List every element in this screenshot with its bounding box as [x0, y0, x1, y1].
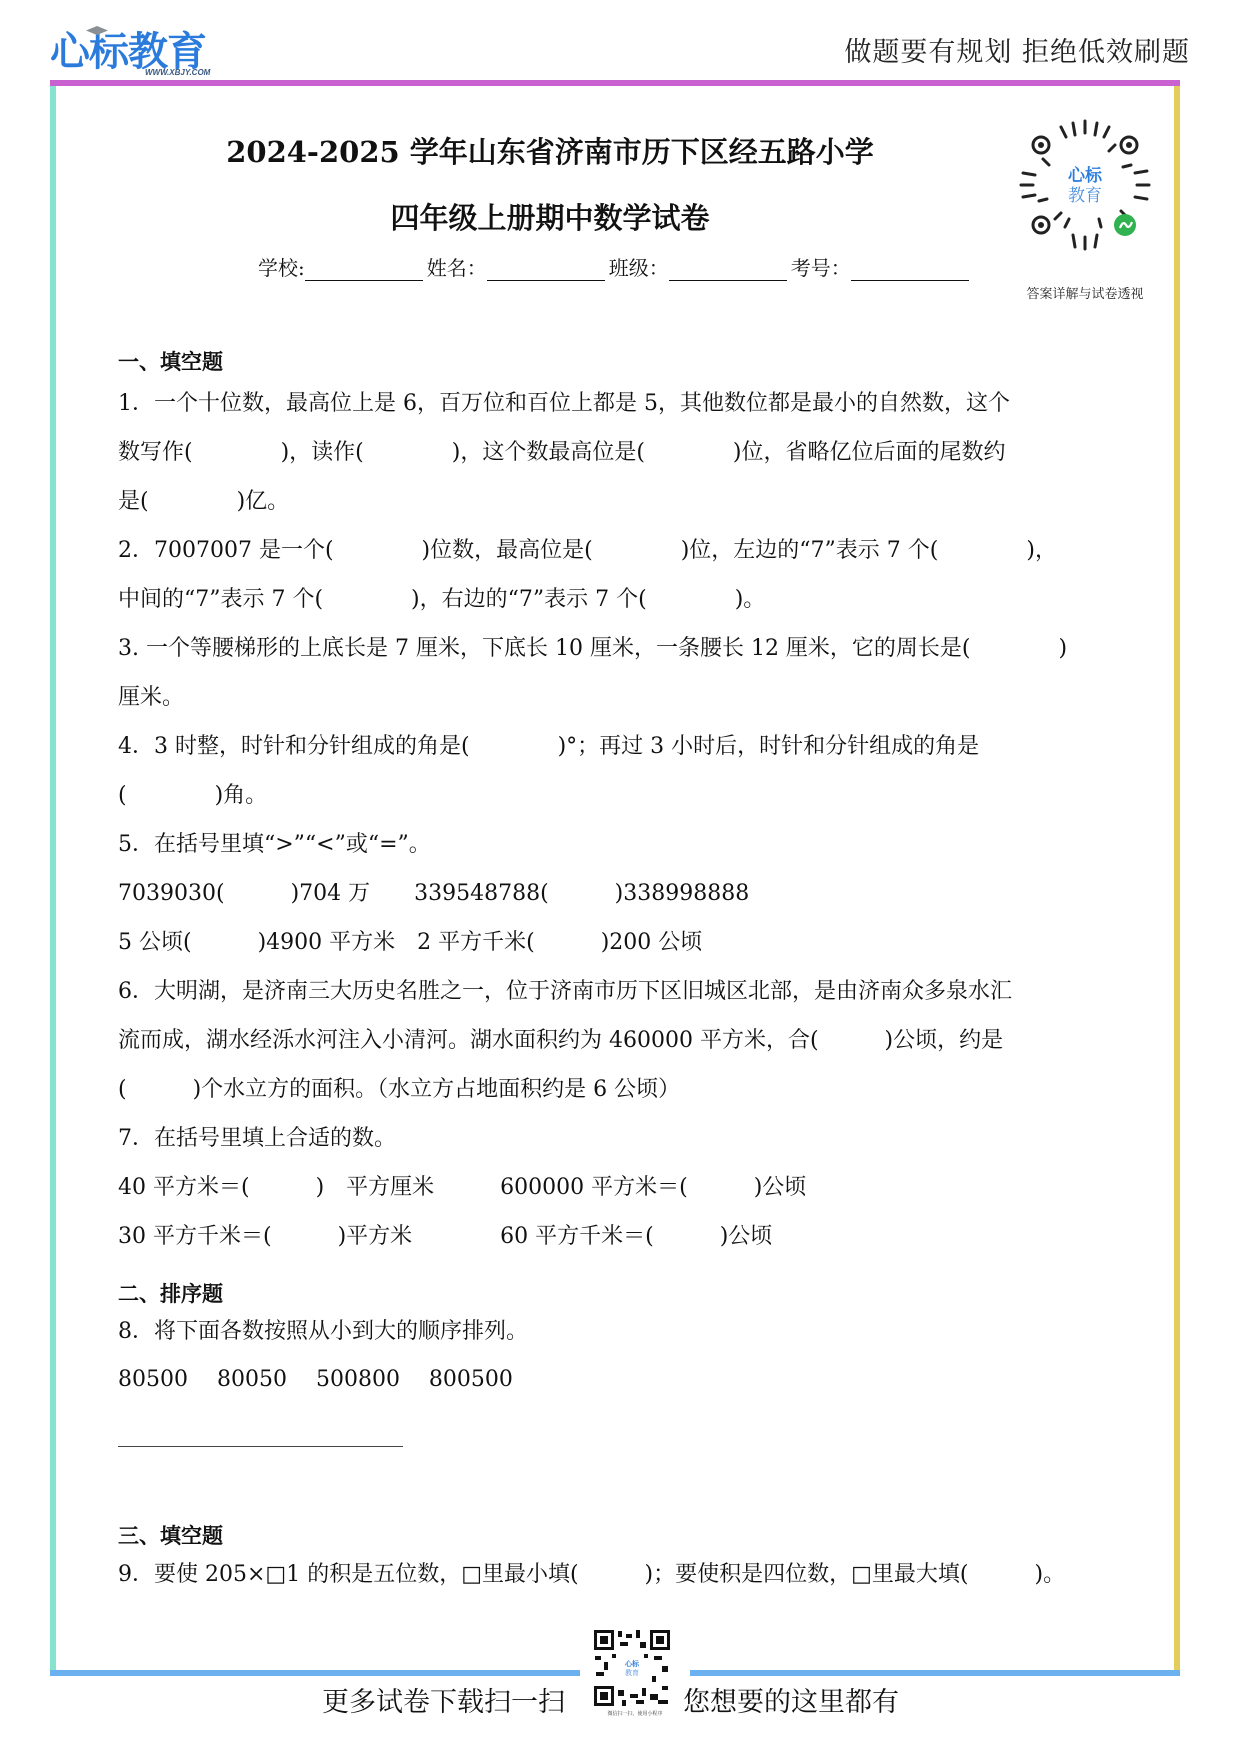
conversion-row: 30 平方千米＝( )平方米 60 平方千米＝( )公顷 [118, 1212, 1128, 1261]
question-text: 9．要使 205×□1 的积是五位数，□里最小填( )；要使积是四位数，□里最大… [118, 1553, 1128, 1597]
question-6: 6．大明湖，是济南三大历史名胜之一，位于济南市历下区旧城区北部，是由济南众多泉水… [118, 967, 1128, 1114]
field-school: 学校: [258, 252, 427, 281]
answer-line[interactable] [118, 1445, 403, 1447]
question-text: 4．3 时整，时针和分针组成的角是( )°；再过 3 小时后，时针和分针组成的角… [118, 722, 1128, 771]
question-9: 9．要使 205×□1 的积是五位数，□里最小填( )；要使积是四位数，□里最大… [118, 1553, 1128, 1597]
field-class: 班级： [609, 252, 791, 281]
question-text: 是( )亿。 [118, 477, 1128, 526]
field-label: 学校: [258, 252, 305, 281]
question-text: 3. 一个等腰梯形的上底长是 7 厘米，下底长 10 厘米，一条腰长 12 厘米… [118, 624, 1128, 673]
field-label: 姓名： [427, 252, 487, 281]
frame-border-right [1174, 86, 1180, 1676]
svg-text:心标: 心标 [625, 1659, 640, 1668]
qr-caption: 答案详解与试卷透视 [1000, 283, 1170, 302]
field-label: 班级： [609, 252, 669, 281]
footer-left-text: 更多试卷下载扫一扫 [322, 1680, 565, 1719]
field-exam-number: 考号： [791, 252, 973, 281]
frame-border-bottom-left [50, 1670, 580, 1676]
question-text: 6．大明湖，是济南三大历史名胜之一，位于济南市历下区旧城区北部，是由济南众多泉水… [118, 967, 1128, 1016]
footer-right-text: 您想要的这里都有 [683, 1680, 899, 1719]
mini-program-code[interactable]: 心标 教育 [1015, 115, 1155, 255]
question-text: 厘米。 [118, 673, 1128, 722]
question-text: 5．在括号里填“>”“<”或“=”。 [118, 820, 1128, 869]
class-blank[interactable] [669, 260, 787, 281]
question-text: 数写作( )，读作( )，这个数最高位是( )位，省略亿位后面的尾数约 [118, 428, 1128, 477]
comparison-row: 7039030( )704 万 339548788( )338998888 [118, 869, 1128, 918]
comparison-row: 5 公顷( )4900 平方米 2 平方千米( )200 公顷 [118, 918, 1128, 967]
school-blank[interactable] [305, 260, 423, 281]
question-8: 8．将下面各数按照从小到大的顺序排列。 80500 80050 500800 8… [118, 1311, 1128, 1447]
brand-logo: 心标教育 WWW.XBJY.COM [50, 28, 206, 78]
question-text: 中间的“7”表示 7 个( )，右边的“7”表示 7 个( )。 [118, 575, 1128, 624]
name-blank[interactable] [487, 260, 605, 281]
header-slogan: 做题要有规划 拒绝低效刷题 [844, 30, 1190, 69]
number-list: 80500 80050 500800 800500 [118, 1353, 1128, 1407]
question-text: 7．在括号里填上合适的数。 [118, 1114, 1128, 1163]
frame-border-bottom-right [690, 1670, 1180, 1676]
svg-text:教育: 教育 [625, 1668, 639, 1677]
question-5: 5．在括号里填“>”“<”或“=”。 7039030( )704 万 33954… [118, 820, 1128, 967]
field-label: 考号： [791, 252, 851, 281]
svg-text:教育: 教育 [1068, 186, 1102, 206]
question-text: 流而成，湖水经泺水河注入小清河。湖水面积约为 460000 平方米，合( )公顷… [118, 1016, 1128, 1065]
section-heading-fill-blank: 一、填空题 [118, 345, 1128, 379]
question-text: ( )个水立方的面积。（水立方占地面积约是 6 公顷） [118, 1065, 1128, 1114]
section-heading-fill-blank-2: 三、填空题 [118, 1519, 1128, 1553]
question-text: 2．7007007 是一个( )位数，最高位是( )位，左边的“7”表示 7 个… [118, 526, 1128, 575]
question-7: 7．在括号里填上合适的数。 40 平方米＝( ) 平方厘米 600000 平方米… [118, 1114, 1128, 1261]
question-2: 2．7007007 是一个( )位数，最高位是( )位，左边的“7”表示 7 个… [118, 526, 1128, 624]
section-heading-sorting: 二、排序题 [118, 1277, 1128, 1311]
field-name: 姓名： [427, 252, 609, 281]
question-text: 1．一个十位数，最高位上是 6，百万位和百位上都是 5，其他数位都是最小的自然数… [118, 379, 1128, 428]
question-4: 4．3 时整，时针和分针组成的角是( )°；再过 3 小时后，时针和分针组成的角… [118, 722, 1128, 820]
logo-url: WWW.XBJY.COM [145, 68, 210, 77]
frame-border-top [50, 80, 1180, 86]
student-info-row: 学校: 姓名： 班级： 考号： [258, 252, 973, 281]
svg-text:心标: 心标 [1068, 165, 1103, 186]
question-3: 3. 一个等腰梯形的上底长是 7 厘米，下底长 10 厘米，一条腰长 12 厘米… [118, 624, 1128, 722]
question-1: 1．一个十位数，最高位上是 6，百万位和百位上都是 5，其他数位都是最小的自然数… [118, 379, 1128, 526]
question-text: 8．将下面各数按照从小到大的顺序排列。 [118, 1311, 1128, 1353]
qr-bottom-caption: 微信扫一扫，使用小程序 [590, 1710, 680, 1717]
exam-content: 一、填空题 1．一个十位数，最高位上是 6，百万位和百位上都是 5，其他数位都是… [118, 345, 1128, 1597]
conversion-row: 40 平方米＝( ) 平方厘米 600000 平方米＝( )公顷 [118, 1163, 1128, 1212]
frame-border-left [50, 86, 56, 1676]
download-qr-code[interactable]: 心标 教育 [592, 1628, 672, 1708]
exam-number-blank[interactable] [851, 260, 969, 281]
question-text: ( )角。 [118, 771, 1128, 820]
